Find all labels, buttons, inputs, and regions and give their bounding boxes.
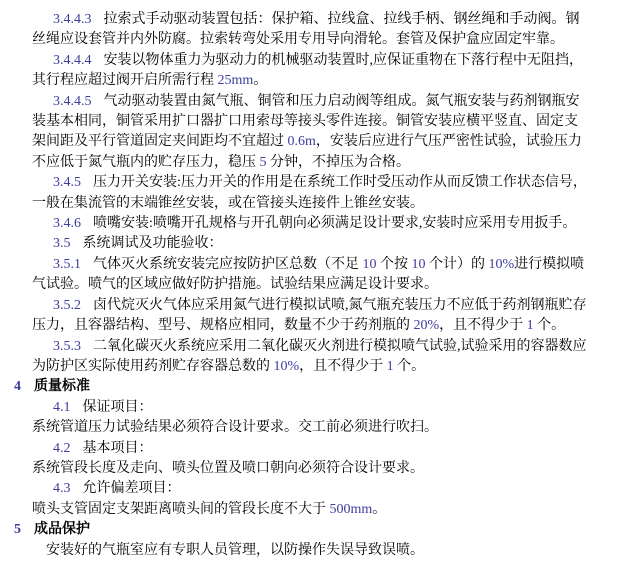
clause-text: 安装以物体重力为驱动力的机械驱动装置时,应保证重物在下落行程中无阻挡，其行程应超… <box>32 53 583 88</box>
clause-number: 3.5.3 <box>53 339 81 354</box>
clause-4-3: 4.3允许偏差项目： <box>32 479 590 499</box>
clause-number: 3.5.2 <box>53 298 81 313</box>
clause-number: 4.2 <box>53 441 71 456</box>
clause-3-4-4-5: 3.4.4.5气动驱动装置由氮气瓶、铜管和压力启动阀等组成。氮气瓶安装与药剂钢瓶… <box>32 92 590 174</box>
clause-4-2-body: 系统管段长度及走向、喷头位置及喷口朝向必须符合设计要求。 <box>32 459 590 479</box>
clause-text: 系统管道压力试验结果必须符合设计要求。交工前必须进行吹扫。 <box>32 420 438 435</box>
clause-text: 喷嘴安装:喷嘴开孔规格与开孔朝向必须满足设计要求,安装时应采用专用扳手。 <box>93 216 576 231</box>
chapter-5-heading: 5成品保护 <box>14 520 590 540</box>
clause-text: 基本项目： <box>83 441 153 456</box>
clause-number: 3.4.4.4 <box>53 53 92 68</box>
chapter-number: 4 <box>14 379 21 394</box>
clause-number: 3.4.5 <box>53 175 81 190</box>
chapter-4-heading: 4质量标准 <box>14 377 590 397</box>
chapter-title: 成品保护 <box>34 522 90 537</box>
clause-4-3-body: 喷头支管固定支架距离喷头间的管段长度不大于 500mm。 <box>32 500 590 520</box>
clause-text: 二氧化碳灭火系统应采用二氧化碳灭火剂进行模拟喷气试验,试验采用的容器数应为防护区… <box>32 339 587 374</box>
clause-4-1: 4.1保证项目： <box>32 398 590 418</box>
clause-3-5: 3.5系统调试及功能验收： <box>32 234 590 254</box>
clause-text: 系统调试及功能验收： <box>83 236 223 251</box>
document-page: 3.4.4.3拉索式手动驱动装置包括：保护箱、拉线盒、拉线手柄、钢丝绳和手动阀。… <box>0 0 620 580</box>
clause-3-4-4-3: 3.4.4.3拉索式手动驱动装置包括：保护箱、拉线盒、拉线手柄、钢丝绳和手动阀。… <box>32 10 590 51</box>
chapter-title: 质量标准 <box>34 379 90 394</box>
clause-number: 3.4.6 <box>53 216 81 231</box>
clause-text: 允许偏差项目： <box>83 481 181 496</box>
clause-text: 压力开关安装:压力开关的作用是在系统工作时受压动作从而反馈工作状态信号，一般在集… <box>32 175 587 210</box>
clause-number: 3.5.1 <box>53 257 81 272</box>
clause-number: 3.4.4.5 <box>53 94 92 109</box>
clause-number: 3.5 <box>53 236 71 251</box>
clause-number: 4.3 <box>53 481 71 496</box>
clause-text: 气动驱动装置由氮气瓶、铜管和压力启动阀等组成。氮气瓶安装与药剂钢瓶安装基本相同，… <box>32 94 582 170</box>
clause-3-5-1: 3.5.1气体灭火系统安装完应按防护区总数（不足 10 个按 10 个计）的 1… <box>32 255 590 296</box>
chapter-5-body: 安装好的气瓶室应有专职人员管理，以防操作失误导致误喷。 <box>32 541 590 561</box>
clause-3-4-4-4: 3.4.4.4安装以物体重力为驱动力的机械驱动装置时,应保证重物在下落行程中无阻… <box>32 51 590 92</box>
clause-text: 拉索式手动驱动装置包括：保护箱、拉线盒、拉线手柄、钢丝绳和手动阀。钢丝绳应设套管… <box>32 12 580 47</box>
clause-3-4-6: 3.4.6喷嘴安装:喷嘴开孔规格与开孔朝向必须满足设计要求,安装时应采用专用扳手… <box>32 214 590 234</box>
clause-text: 保证项目： <box>83 400 153 415</box>
clause-number: 4.1 <box>53 400 71 415</box>
clause-4-1-body: 系统管道压力试验结果必须符合设计要求。交工前必须进行吹扫。 <box>32 418 590 438</box>
clause-4-2: 4.2基本项目： <box>32 439 590 459</box>
clause-text: 系统管段长度及走向、喷头位置及喷口朝向必须符合设计要求。 <box>32 461 424 476</box>
clause-text: 气体灭火系统安装完应按防护区总数（不足 10 个按 10 个计）的 10%进行模… <box>32 257 584 292</box>
clause-3-4-5: 3.4.5压力开关安装:压力开关的作用是在系统工作时受压动作从而反馈工作状态信号… <box>32 173 590 214</box>
clause-number: 3.4.4.3 <box>53 12 92 27</box>
clause-text: 喷头支管固定支架距离喷头间的管段长度不大于 500mm。 <box>32 502 386 517</box>
clause-text: 卤代烷灭火气体应采用氮气进行模拟试喷,氮气瓶充装压力不应低于药剂钢瓶贮存压力，且… <box>32 298 587 333</box>
clause-3-5-2: 3.5.2卤代烷灭火气体应采用氮气进行模拟试喷,氮气瓶充装压力不应低于药剂钢瓶贮… <box>32 296 590 337</box>
clause-text: 安装好的气瓶室应有专职人员管理，以防操作失误导致误喷。 <box>46 543 424 558</box>
clause-3-5-3: 3.5.3二氧化碳灭火系统应采用二氧化碳灭火剂进行模拟喷气试验,试验采用的容器数… <box>32 337 590 378</box>
chapter-number: 5 <box>14 522 21 537</box>
